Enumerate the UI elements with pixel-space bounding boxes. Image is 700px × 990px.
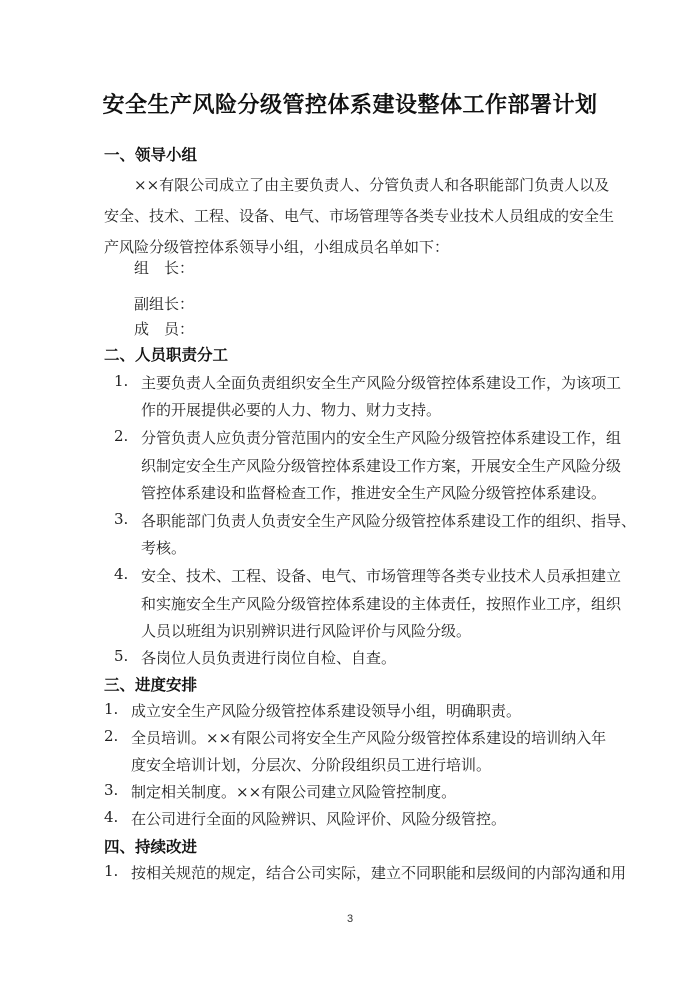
section-heading-schedule: 三、进度安排	[104, 673, 197, 695]
list-number: 2.	[114, 427, 128, 445]
list-line: 和实施安全生产风险分级管控体系建设的主体责任，按照作业工序，组织	[141, 593, 621, 614]
member-label-leader: 组 长：	[134, 257, 194, 278]
document-title: 安全生产风险分级管控体系建设整体工作部署计划	[0, 88, 700, 119]
list-line: 主要负责人全面负责组织安全生产风险分级管控体系建设工作，为该项工	[141, 372, 621, 393]
list-line: 分管负责人应负责分管范围内的安全生产风险分级管控体系建设工作，组	[141, 427, 621, 448]
list-number: 1.	[114, 372, 128, 390]
section-heading-continuous-improvement: 四、持续改进	[104, 835, 197, 857]
list-number: 5.	[114, 647, 128, 665]
list-line: 制定相关制度。××有限公司建立风险管控制度。	[131, 781, 456, 802]
paragraph-line: ××有限公司成立了由主要负责人、分管负责人和各职能部门负责人以及	[134, 174, 609, 195]
paragraph-line: 安全、技术、工程、设备、电气、市场管理等各类专业技术人员组成的安全生	[104, 205, 614, 226]
list-line: 管控体系建设和监督检查工作，推进安全生产风险分级管控体系建设。	[141, 482, 606, 503]
list-line: 各岗位人员负责进行岗位自检、自查。	[141, 647, 396, 668]
section-heading-leadership-group: 一、领导小组	[104, 143, 197, 165]
list-line: 度安全培训计划，分层次、分阶段组织员工进行培训。	[131, 754, 491, 775]
list-line: 织制定安全生产风险分级管控体系建设工作方案，开展安全生产风险分级	[141, 455, 621, 476]
list-line: 安全、技术、工程、设备、电气、市场管理等各类专业技术人员承担建立	[141, 565, 621, 586]
list-line: 成立安全生产风险分级管控体系建设领导小组，明确职责。	[131, 700, 521, 721]
document-page: 安全生产风险分级管控体系建设整体工作部署计划 一、领导小组 ××有限公司成立了由…	[0, 0, 700, 990]
list-line: 全员培训。××有限公司将安全生产风险分级管控体系建设的培训纳入年	[131, 727, 606, 748]
list-number: 3.	[104, 781, 118, 799]
list-line: 考核。	[141, 537, 186, 558]
list-line: 在公司进行全面的风险辨识、风险评价、风险分级管控。	[131, 808, 506, 829]
list-number: 1.	[104, 862, 118, 880]
page-number: 3	[0, 913, 700, 925]
list-number: 3.	[114, 510, 128, 528]
list-number: 4.	[104, 808, 118, 826]
list-line: 各职能部门负责人负责安全生产风险分级管控体系建设工作的组织、指导、	[141, 510, 636, 531]
list-number: 1.	[104, 700, 118, 718]
section-heading-responsibilities: 二、人员职责分工	[104, 343, 228, 365]
member-label-members: 成 员：	[134, 318, 194, 339]
list-line: 作的开展提供必要的人力、物力、财力支持。	[141, 399, 441, 420]
list-number: 2.	[104, 727, 118, 745]
paragraph-line: 产风险分级管控体系领导小组，小组成员名单如下：	[104, 236, 449, 257]
list-line: 按相关规范的规定，结合公司实际，建立不同职能和层级间的内部沟通和用	[131, 862, 626, 883]
list-number: 4.	[114, 565, 128, 583]
member-label-deputy-leader: 副组长：	[134, 293, 194, 314]
list-line: 人员以班组为识别辨识进行风险评价与风险分级。	[141, 620, 471, 641]
